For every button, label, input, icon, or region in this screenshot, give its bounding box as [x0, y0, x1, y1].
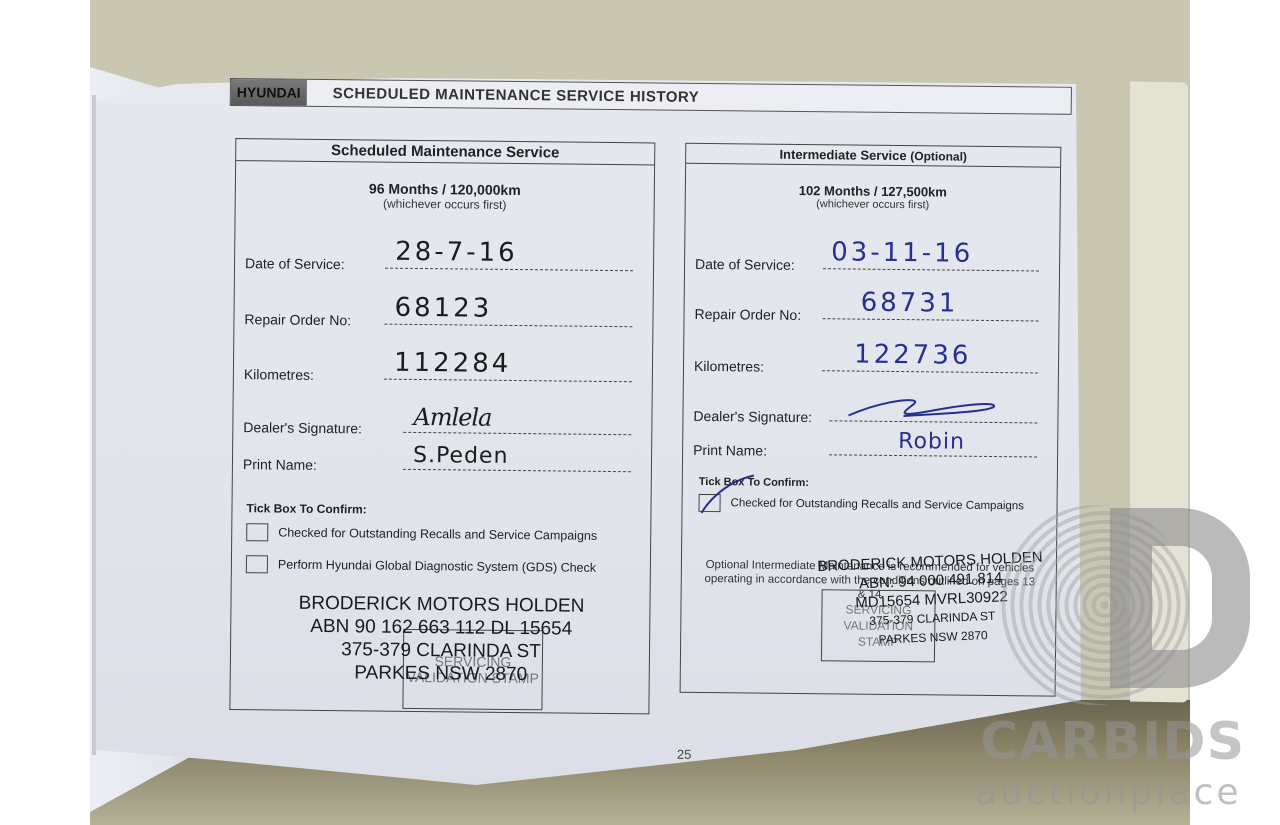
- int-date-of-service-line: [823, 268, 1039, 271]
- scheduled-service-title: Scheduled Maintenance Service: [236, 139, 654, 165]
- page-number: 25: [677, 747, 692, 762]
- dealer-signature-value: Amlela: [413, 403, 491, 432]
- watermark-brand: CARBIDS: [980, 712, 1245, 772]
- kilometres-label: Kilometres:: [244, 366, 314, 383]
- intermediate-title-text: Intermediate Service: [779, 147, 906, 163]
- int-repair-order-label: Repair Order No:: [694, 306, 801, 323]
- int-recall-check-row[interactable]: Checked for Outstanding Recalls and Serv…: [698, 494, 1024, 515]
- int-kilometres-line: [822, 370, 1038, 373]
- service-history-page: HYUNDAI SCHEDULED MAINTENANCE SERVICE HI…: [223, 78, 1090, 787]
- recall-check-label: Checked for Outstanding Recalls and Serv…: [278, 526, 597, 543]
- int-repair-order-value: 68731: [861, 288, 959, 319]
- int-date-of-service-value: 03-11-16: [831, 237, 973, 268]
- int-repair-order-field[interactable]: Repair Order No: 68731: [694, 282, 1038, 326]
- recall-checkbox[interactable]: [246, 523, 268, 541]
- recall-check-row[interactable]: Checked for Outstanding Recalls and Serv…: [246, 523, 597, 545]
- stamp-line-1: BRODERICK MOTORS HOLDEN: [251, 591, 631, 618]
- repair-order-line: [384, 324, 632, 328]
- service-interval-note: (whichever occurs first): [236, 195, 654, 213]
- repair-order-field[interactable]: Repair Order No: 68123: [244, 287, 632, 331]
- dealer-stamp: BRODERICK MOTORS HOLDEN ABN 90 162 663 1…: [251, 591, 632, 687]
- repair-order-value: 68123: [394, 293, 492, 324]
- int-kilometres-label: Kilometres:: [694, 358, 764, 375]
- intermediate-title-note: (Optional): [910, 149, 967, 164]
- print-name-label: Print Name:: [243, 456, 317, 473]
- brand-tag: HYUNDAI: [231, 79, 307, 106]
- date-of-service-line: [385, 268, 633, 272]
- intermediate-service-title: Intermediate Service (Optional): [686, 144, 1060, 168]
- date-of-service-field[interactable]: Date of Service: 28-7-16: [245, 231, 633, 275]
- print-name-value: S.Peden: [413, 443, 509, 469]
- int-recall-checkbox[interactable]: [698, 494, 720, 512]
- date-of-service-label: Date of Service:: [245, 255, 345, 272]
- scheduled-service-box: Scheduled Maintenance Service 96 Months …: [229, 138, 655, 714]
- gds-check-label: Perform Hyundai Global Diagnostic System…: [278, 558, 596, 575]
- stamp-line-4: PARKES NSW 2870: [251, 660, 631, 687]
- intermediate-interval-note: (whichever occurs first): [686, 197, 1060, 213]
- print-name-field[interactable]: Print Name: S.Peden: [243, 432, 631, 476]
- tick-box-heading: Tick Box To Confirm:: [246, 501, 366, 516]
- int-print-name-label: Print Name:: [693, 442, 767, 459]
- int-kilometres-field[interactable]: Kilometres: 122736: [694, 334, 1038, 378]
- int-recall-check-label: Checked for Outstanding Recalls and Serv…: [731, 497, 1025, 512]
- repair-order-label: Repair Order No:: [244, 311, 351, 328]
- watermark-sub: auctionplace: [975, 772, 1241, 813]
- int-dealer-signature-scribble: [843, 391, 1003, 423]
- int-kilometres-value: 122736: [854, 340, 972, 371]
- kilometres-field[interactable]: Kilometres: 112284: [244, 342, 632, 386]
- kilometres-line: [384, 379, 632, 383]
- int-repair-order-line: [823, 318, 1039, 321]
- gds-checkbox[interactable]: [246, 555, 268, 573]
- page-title: SCHEDULED MAINTENANCE SERVICE HISTORY: [333, 85, 700, 106]
- watermark-logo-icon: [1110, 508, 1250, 688]
- int-print-name-line: [829, 454, 1037, 457]
- int-date-of-service-field[interactable]: Date of Service: 03-11-16: [695, 232, 1039, 276]
- gds-check-row[interactable]: Perform Hyundai Global Diagnostic System…: [246, 555, 596, 577]
- date-of-service-value: 28-7-16: [395, 237, 518, 268]
- book-gutter: [92, 95, 96, 755]
- int-print-name-field[interactable]: Print Name: Robin: [693, 418, 1037, 462]
- print-name-line: [403, 469, 631, 472]
- int-print-name-value: Robin: [898, 429, 965, 455]
- int-date-of-service-label: Date of Service:: [695, 256, 795, 273]
- tick-mark-icon: [697, 473, 757, 516]
- kilometres-value: 112284: [394, 348, 512, 379]
